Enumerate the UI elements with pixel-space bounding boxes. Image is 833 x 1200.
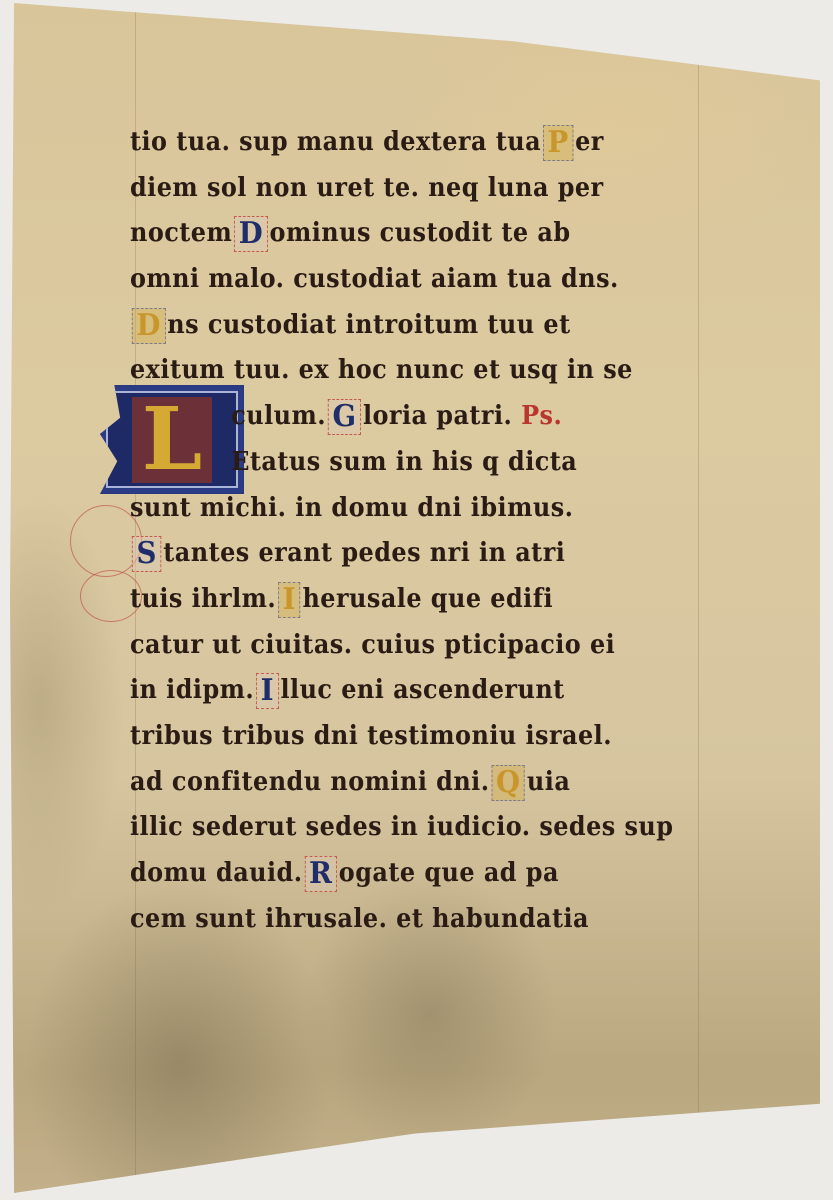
text-line: illic sederut sedes in iudicio. sedes su… xyxy=(130,805,664,851)
gold-initial: Q xyxy=(491,765,525,801)
text-line: diem sol non uret te. neq luna per xyxy=(130,166,664,212)
text-line: sunt michi. in domu dni ibimus. xyxy=(130,486,664,532)
blue-initial: R xyxy=(304,856,337,892)
text-line: Stantes erant pedes nri in atri xyxy=(130,531,664,577)
text-block: tio tua. sup manu dextera tuaPer diem so… xyxy=(130,120,710,942)
text-line: Etatus sum in his q dicta xyxy=(130,440,664,486)
text-line: tio tua. sup manu dextera tuaPer xyxy=(130,120,664,166)
blue-initial: G xyxy=(328,399,361,435)
text-line: exitum tuu. ex hoc nunc et usq in se xyxy=(130,348,664,394)
text-line: catur ut ciuitas. cuius pticipacio ei xyxy=(130,623,664,669)
blue-initial: S xyxy=(132,536,162,572)
rubric-psalm-marker: Ps. xyxy=(521,401,562,431)
gold-initial: P xyxy=(543,125,573,161)
text-line: in idipm.Illuc eni ascenderunt xyxy=(130,668,664,714)
gold-initial: D xyxy=(132,308,166,344)
text-line: tuis ihrlm.Iherusale que edifi xyxy=(130,577,664,623)
text-line: Dns custodiat introitum tuu et xyxy=(130,303,664,349)
text-line: omni malo. custodiat aiam tua dns. xyxy=(130,257,664,303)
text-line: ad confitendu nomini dni.Quia xyxy=(130,760,664,806)
text-line: cem sunt ihrusale. et habundatia xyxy=(130,897,664,943)
text-line: tribus tribus dni testimoniu israel. xyxy=(130,714,664,760)
blue-initial: D xyxy=(234,216,268,252)
text-line: domu dauid.Rogate que ad pa xyxy=(130,851,664,897)
text-line: noctemDominus custodit te ab xyxy=(130,211,664,257)
blue-initial: I xyxy=(256,673,279,709)
text-line: culum.Gloria patri. Ps. xyxy=(130,394,664,440)
gold-initial: I xyxy=(278,582,301,618)
